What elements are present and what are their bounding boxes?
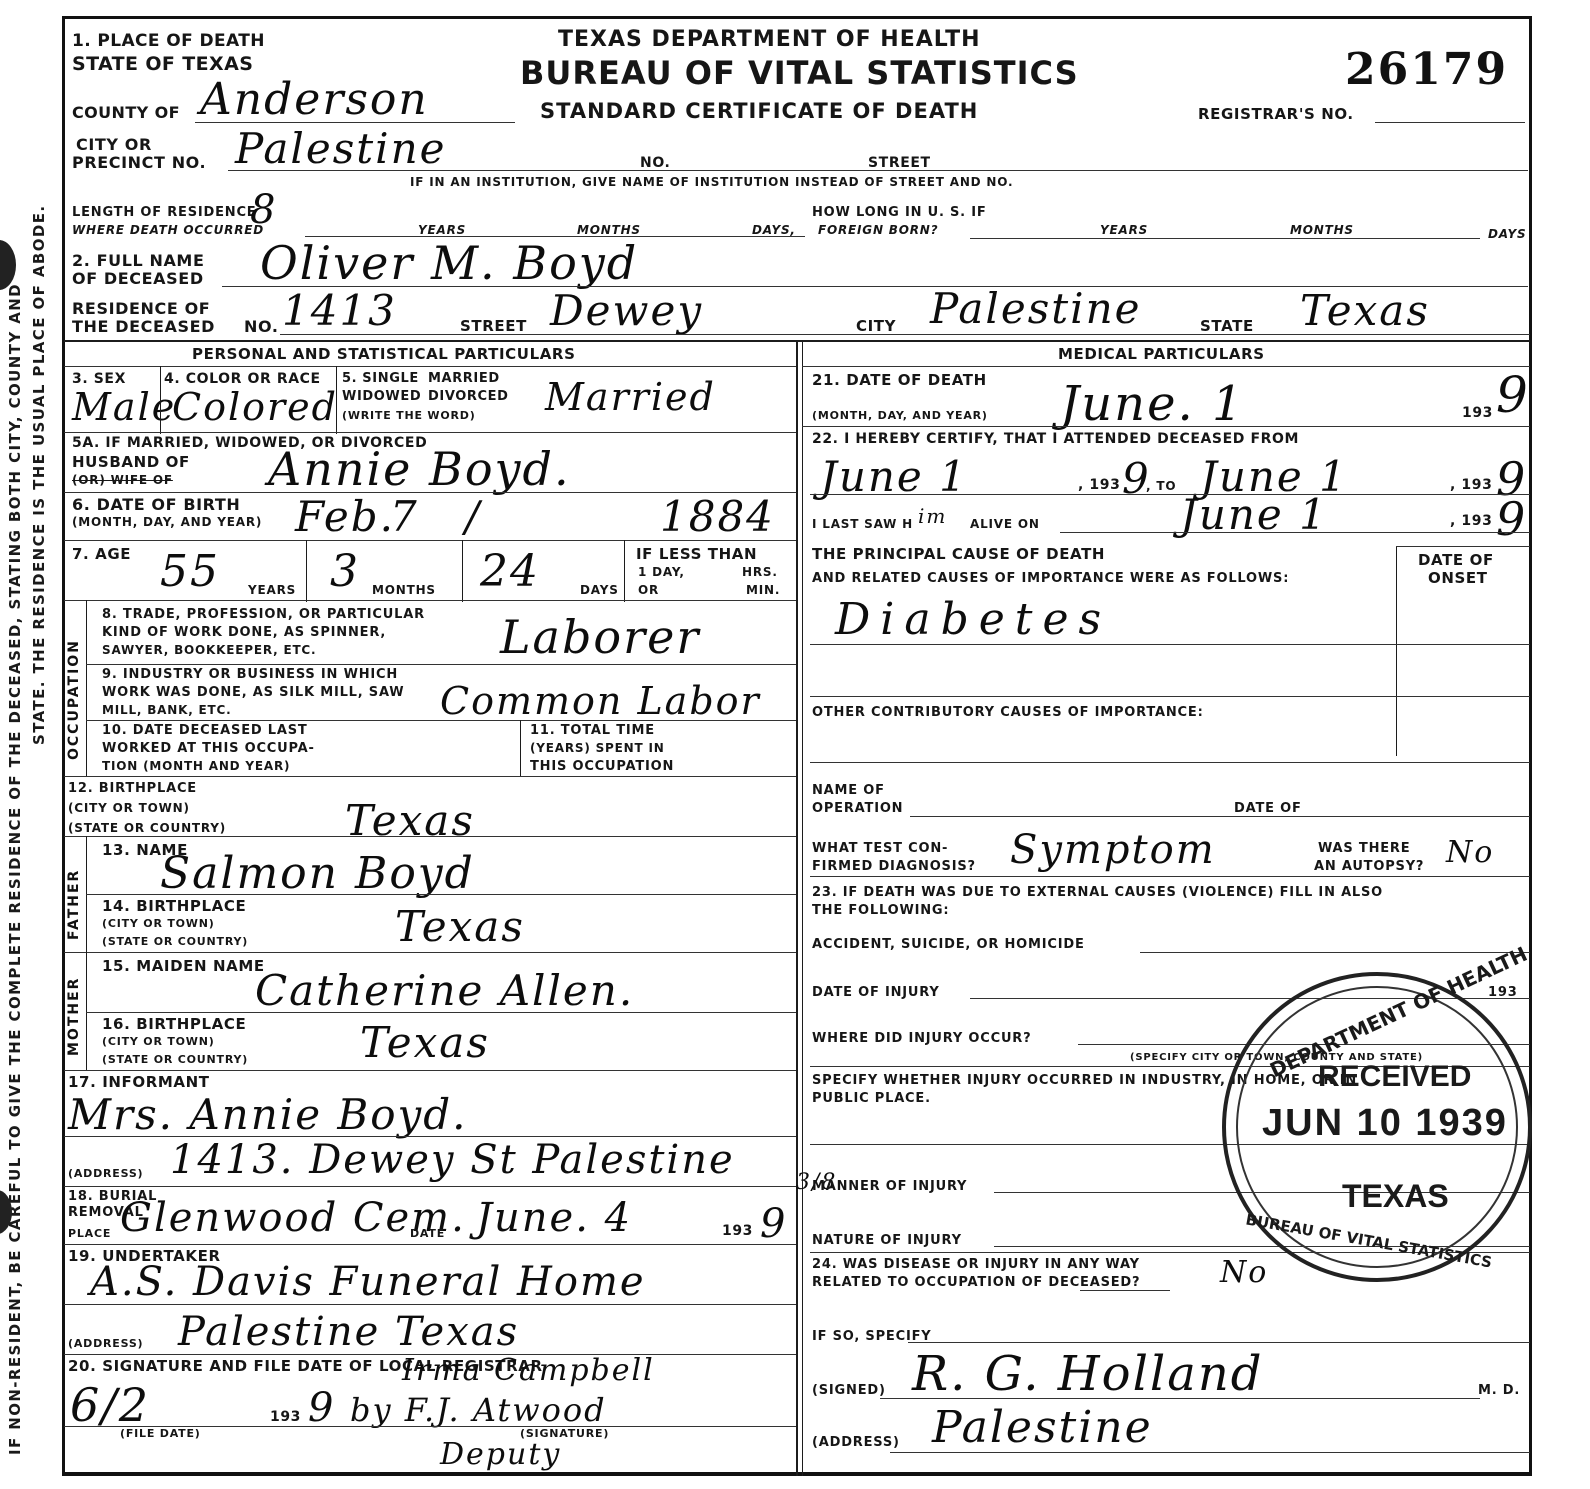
- marital-label-write: (WRITE THE WORD): [342, 410, 476, 422]
- contributory-label: OTHER CONTRIBUTORY CAUSES OF IMPORTANCE:: [812, 706, 1204, 720]
- mother-birthplace-label-2: (CITY OR TOWN): [102, 1036, 215, 1048]
- father-side-label: FATHER: [66, 869, 82, 940]
- last-saw-year-prefix: , 193: [1450, 514, 1492, 529]
- last-saw-label-1: I LAST SAW H: [812, 518, 913, 531]
- burial-date: June. 4: [476, 1198, 632, 1238]
- birthplace-label-1: 12. BIRTHPLACE: [68, 782, 197, 796]
- md-label: M. D.: [1478, 1384, 1520, 1398]
- registrar-no-label: REGISTRAR'S NO.: [1198, 106, 1354, 123]
- bureau-title: BUREAU OF VITAL STATISTICS: [520, 56, 1079, 91]
- burial-year-suffix: 9: [760, 1204, 787, 1244]
- operation-label-1: NAME OF: [812, 784, 885, 798]
- residence-no-label: NO.: [244, 318, 279, 336]
- spouse-label-3: (OR) WIFE OF: [72, 474, 173, 487]
- age-days: 24: [480, 550, 540, 594]
- onset-label-1: DATE OF: [1418, 552, 1494, 569]
- cause-label-2: AND RELATED CAUSES OF IMPORTANCE WERE AS…: [812, 572, 1289, 586]
- registrar-signature-3: Deputy: [440, 1440, 561, 1470]
- age-days-label: DAYS: [580, 584, 619, 597]
- occupation-related-label-2: RELATED TO OCCUPATION OF DECEASED?: [812, 1276, 1140, 1290]
- age-months-label: MONTHS: [372, 584, 436, 597]
- spouse-label-2: HUSBAND OF: [72, 454, 190, 471]
- total-time-label-1: 11. TOTAL TIME: [530, 724, 655, 738]
- mother-birthplace-label-3: (STATE OR COUNTRY): [102, 1054, 248, 1066]
- undertaker-address: Palestine Texas: [178, 1312, 519, 1352]
- physician-address-label: (ADDRESS): [812, 1436, 900, 1450]
- father-birthplace: Texas: [395, 906, 525, 948]
- informant-address-label: (ADDRESS): [68, 1168, 143, 1180]
- dob-label-2: (MONTH, DAY, AND YEAR): [72, 516, 262, 529]
- age-months: 3: [330, 550, 360, 594]
- test-label-1: WHAT TEST CON-: [812, 842, 948, 856]
- residence-no: 1413: [282, 290, 397, 332]
- institution-note: IF IN AN INSTITUTION, GIVE NAME OF INSTI…: [410, 176, 1013, 189]
- city-label-2: PRECINCT NO.: [72, 154, 206, 172]
- manner-label: MANNER OF INJURY: [812, 1180, 967, 1194]
- residence-years: 8: [250, 190, 277, 230]
- marital-label-widowed: WIDOWED: [342, 390, 421, 404]
- last-saw-year-suffix: 9: [1496, 496, 1527, 542]
- burial-label-3: PLACE: [68, 1228, 111, 1240]
- last-saw-label-2: ALIVE ON: [970, 518, 1040, 531]
- occupation-related-label-1: 24. WAS DISEASE OR INJURY IN ANY WAY: [812, 1258, 1140, 1272]
- birthplace-label-2: (CITY OR TOWN): [68, 802, 190, 815]
- county-value: Anderson: [200, 78, 429, 122]
- dod-year-prefix: 193: [1462, 406, 1493, 421]
- signed-label: (SIGNED): [812, 1384, 886, 1398]
- attended-from: June 1: [820, 456, 968, 498]
- registrar-signature-2: by F.J. Atwood: [350, 1394, 607, 1426]
- burial-date-label: DATE: [410, 1228, 445, 1240]
- medical-section-title: MEDICAL PARTICULARS: [1058, 346, 1265, 363]
- residence-street-label: STREET: [460, 318, 527, 335]
- mother-birthplace: Texas: [360, 1022, 490, 1064]
- full-name-label-1: 2. FULL NAME: [72, 252, 205, 270]
- industry-label-2: WORK WAS DONE, AS SILK MILL, SAW: [102, 686, 404, 700]
- industry-value: Common Labor: [440, 682, 761, 720]
- full-name-value: Oliver M. Boyd: [260, 240, 638, 286]
- attended-from-year-prefix: , 193: [1078, 478, 1120, 493]
- total-time-label-2: (YEARS) SPENT IN: [530, 742, 665, 755]
- city-label-1: CITY OR: [76, 136, 152, 154]
- physician-signature: R. G. Holland: [912, 1350, 1264, 1398]
- registrar-number: 26179: [1345, 44, 1508, 95]
- external-label-2: THE FOLLOWING:: [812, 904, 949, 918]
- state-label: STATE OF TEXAS: [72, 54, 253, 75]
- father-birthplace-label-3: (STATE OR COUNTRY): [102, 936, 248, 948]
- accident-label: ACCIDENT, SUICIDE, OR HOMICIDE: [812, 938, 1085, 952]
- last-worked-label-1: 10. DATE DECEASED LAST: [102, 724, 308, 738]
- external-label-1: 23. IF DEATH WAS DUE TO EXTERNAL CAUSES …: [812, 886, 1383, 900]
- us-years-label: YEARS: [1100, 224, 1148, 237]
- city-value: Palestine: [235, 128, 446, 170]
- county-label: COUNTY OF: [72, 104, 180, 122]
- father-birthplace-label-2: (CITY OR TOWN): [102, 918, 215, 930]
- race-value: Colored: [172, 388, 338, 426]
- last-worked-label-3: TION (MONTH AND YEAR): [102, 760, 290, 773]
- dod-label-1: 21. DATE OF DEATH: [812, 372, 987, 389]
- autopsy-label-2: AN AUTOPSY?: [1314, 860, 1424, 874]
- age-label: 7. AGE: [72, 546, 131, 563]
- undertaker-address-label: (ADDRESS): [68, 1338, 143, 1350]
- autopsy-value: No: [1446, 838, 1494, 868]
- industry-label-3: MILL, BANK, ETC.: [102, 704, 232, 717]
- marital-label-married: MARRIED: [428, 372, 500, 386]
- injury-where-label: WHERE DID INJURY OCCUR?: [812, 1032, 1031, 1046]
- place-of-death-label: 1. PLACE OF DEATH: [72, 32, 265, 51]
- mother-side-label: MOTHER: [66, 977, 82, 1056]
- trade-value: Laborer: [500, 614, 700, 660]
- informant-address: 1413. Dewey St Palestine: [170, 1140, 735, 1180]
- less-than-min: MIN.: [746, 584, 780, 597]
- us-days-label: DAYS: [1488, 228, 1526, 241]
- father-birthplace-label-1: 14. BIRTHPLACE: [102, 898, 246, 915]
- mother-maiden-name: Catherine Allen.: [255, 970, 634, 1012]
- residence-length-label-1: LENGTH OF RESIDENCE: [72, 206, 256, 220]
- file-date-label: (FILE DATE): [120, 1428, 201, 1440]
- injury-date-label: DATE OF INJURY: [812, 986, 940, 1000]
- dob-label-1: 6. DATE OF BIRTH: [72, 496, 240, 514]
- less-than-or: OR: [638, 584, 659, 597]
- occupation-related-value: No: [1220, 1258, 1268, 1288]
- trade-label-3: SAWYER, BOOKKEEPER, ETC.: [102, 644, 316, 657]
- less-than-label: IF LESS THAN: [636, 546, 757, 563]
- dob-separator: /: [465, 496, 481, 538]
- certificate-title: STANDARD CERTIFICATE OF DEATH: [540, 100, 978, 123]
- informant-name: Mrs. Annie Boyd.: [68, 1094, 468, 1136]
- spouse-value: Annie Boyd.: [268, 446, 571, 492]
- mother-maiden-label: 15. MAIDEN NAME: [102, 958, 265, 975]
- us-label-1: HOW LONG IN U. S. IF: [812, 206, 987, 220]
- informant-label: 17. INFORMANT: [68, 1074, 210, 1091]
- dob-day: 7: [390, 496, 419, 538]
- age-years: 55: [160, 550, 220, 594]
- father-name: Salmon Boyd: [160, 852, 475, 896]
- stamp-date: JUN 10 1939: [1262, 1102, 1508, 1145]
- file-year-prefix: 193: [270, 1410, 301, 1425]
- mother-birthplace-label-1: 16. BIRTHPLACE: [102, 1016, 246, 1033]
- marital-value: Married: [545, 378, 716, 416]
- side-instruction-line-1: IF NON-RESIDENT, BE CAREFUL TO GIVE THE …: [6, 283, 24, 1455]
- dob-month: Feb.: [295, 496, 395, 538]
- certify-label: 22. I HEREBY CERTIFY, THAT I ATTENDED DE…: [812, 432, 1299, 447]
- physician-address: Palestine: [932, 1406, 1153, 1450]
- department-title: TEXAS DEPARTMENT OF HEALTH: [558, 28, 981, 52]
- trade-label-1: 8. TRADE, PROFESSION, OR PARTICULAR: [102, 608, 425, 622]
- autopsy-label-1: WAS THERE: [1318, 842, 1410, 856]
- registrar-signature-1: Irma Campbell: [402, 1356, 655, 1386]
- total-time-label-3: THIS OCCUPATION: [530, 760, 674, 774]
- last-saw-value: June 1: [1180, 494, 1328, 536]
- residence-city-label: CITY: [856, 318, 896, 335]
- undertaker-name: A.S. Davis Funeral Home: [90, 1262, 646, 1302]
- dob-year: 1884: [660, 496, 775, 538]
- residence-label-2: THE DECEASED: [72, 318, 215, 336]
- marital-label-divorced: DIVORCED: [428, 390, 509, 404]
- occupation-side-label: OCCUPATION: [66, 639, 82, 760]
- trade-label-2: KIND OF WORK DONE, AS SPINNER,: [102, 626, 386, 640]
- dod-label-2: (MONTH, DAY, AND YEAR): [812, 410, 988, 422]
- personal-section-title: PERSONAL AND STATISTICAL PARTICULARS: [192, 346, 576, 363]
- us-months-label: MONTHS: [1290, 224, 1354, 237]
- residence-length-label-2: WHERE DEATH OCCURRED: [72, 224, 264, 237]
- burial-year-prefix: 193: [722, 1224, 753, 1239]
- stamp-state: TEXAS: [1342, 1178, 1449, 1215]
- dod-value: June. 1: [1060, 380, 1245, 428]
- less-than-hrs: HRS.: [742, 566, 778, 579]
- test-label-2: FIRMED DIAGNOSIS?: [812, 860, 976, 874]
- stamp-received: RECEIVED: [1318, 1060, 1471, 1094]
- age-years-label: YEARS: [248, 584, 296, 597]
- marital-label-single: 5. SINGLE: [342, 372, 419, 386]
- us-label-2: FOREIGN BORN?: [818, 224, 938, 237]
- test-value: Symptom: [1010, 830, 1216, 870]
- dod-year-suffix: 9: [1496, 370, 1530, 420]
- less-than-day: 1 DAY,: [638, 566, 685, 579]
- residence-street: Dewey: [550, 290, 703, 332]
- attended-to-label: , TO: [1146, 480, 1176, 493]
- last-saw-pronoun: im: [918, 506, 947, 526]
- operation-date-label: DATE OF: [1234, 802, 1302, 816]
- file-year-suffix: 9: [308, 1388, 335, 1428]
- side-instruction-line-2: STATE. THE RESIDENCE IS THE USUAL PLACE …: [30, 205, 48, 745]
- residence-state-label: STATE: [1200, 318, 1254, 335]
- residence-city: Palestine: [930, 288, 1141, 330]
- operation-label-2: OPERATION: [812, 802, 903, 816]
- full-name-label-2: OF DECEASED: [72, 270, 204, 288]
- residence-state: Texas: [1300, 290, 1430, 332]
- nature-label: NATURE OF INJURY: [812, 1234, 962, 1248]
- attended-to-year-prefix: , 193: [1450, 478, 1492, 493]
- cause-label-1: THE PRINCIPAL CAUSE OF DEATH: [812, 546, 1105, 563]
- file-date: 6/2: [70, 1382, 150, 1428]
- industry-label-1: 9. INDUSTRY OR BUSINESS IN WHICH: [102, 668, 398, 682]
- residence-label-1: RESIDENCE OF: [72, 300, 210, 318]
- birthplace-label-3: (STATE OR COUNTRY): [68, 822, 226, 835]
- onset-label-2: ONSET: [1428, 570, 1488, 587]
- cause-value: Diabetes: [835, 598, 1111, 642]
- last-worked-label-2: WORKED AT THIS OCCUPA-: [102, 742, 315, 756]
- injury-place-label-2: PUBLIC PLACE.: [812, 1092, 931, 1106]
